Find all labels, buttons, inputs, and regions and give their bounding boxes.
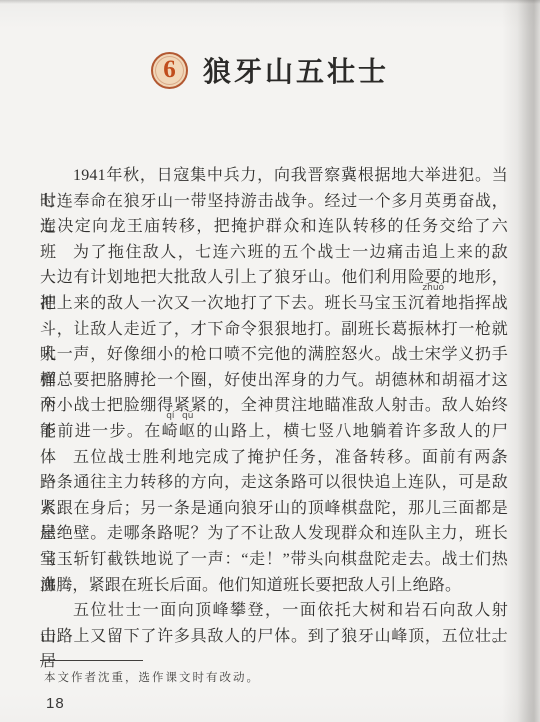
text-line: 五位战士胜利地完成了掩护任务，准备转移。面前有两条路：	[40, 445, 508, 471]
paragraph: 1941年秋，日寇集中兵力，向我晋察冀根据地大举进犯。当时，七连奉命在狼牙山一带…	[40, 163, 508, 240]
text-line: 连决定向龙王庙转移，把掩护群众和连队转移的任务交给了六班。	[40, 214, 508, 240]
text-line: 吼一声，好像细小的枪口喷不完他的满腔怒火。战士宋学义扔手榴	[40, 342, 508, 368]
text-line: 为了拖住敌人，七连六班的五个战士一边痛击追上来的敌人，	[40, 240, 508, 266]
text-line: 冲上来的敌人一次又一次地打了下去。班长马宝玉沉着zhuó地指挥战	[40, 291, 508, 317]
ruby-character: 着zhuó	[425, 295, 442, 312]
text-line: 一条通往主力转移的方向，走这条路可以很快追上连队，可是敌人	[40, 470, 508, 496]
footnote-text: 本文作者沈重，选作课文时有改动。	[44, 669, 260, 685]
pinyin-annotation: qū	[182, 411, 193, 421]
textbook-page: 6 狼牙山五壮士 1941年秋，日寇集中兵力，向我晋察冀根据地大举进犯。当时，七…	[0, 0, 540, 722]
lesson-title: 狼牙山五壮士	[203, 50, 389, 90]
text-line: 沸腾，紧跟在班长后面。他们知道班长要把敌人引上绝路。	[40, 573, 508, 599]
text-line: 能前进一步。在崎qí岖qū的山路上，横七竖八地躺着许多敌人的尸体。	[40, 419, 508, 445]
pinyin-annotation: zhuó	[422, 283, 444, 293]
pinyin-annotation: qí	[166, 411, 174, 421]
page-top-shadow	[0, 0, 540, 4]
text-line: 弹总要把胳膊抡一个圈，好使出浑身的力气。胡德林和胡福才这两	[40, 368, 508, 394]
page-number: 18	[46, 695, 65, 712]
text-line: 宝玉斩钉截铁地说了一声：“走！”带头向棋盘陀走去。战士们热血	[40, 547, 508, 573]
text-line: 崖绝壁。走哪条路呢？为了不让敌人发现群众和连队主力，班长马	[40, 521, 508, 547]
lesson-number-badge: 6	[151, 52, 188, 89]
ruby-character: 岖qū	[179, 423, 196, 440]
text-line: 七连奉命在狼牙山一带坚持游击战争。经过一个多月英勇奋战，七	[40, 189, 508, 215]
text-line: 山路上又留下了许多具敌人的尸体。到了狼牙山峰顶，五位壮士居	[40, 624, 508, 650]
text-line: 紧跟在身后；另一条是通向狼牙山的顶峰棋盘陀，那儿三面都是悬	[40, 496, 508, 522]
footnote-divider	[40, 660, 143, 661]
text-line: 斗，让敌人走近了，才下命令狠狠地打。副班长葛振林打一枪就大	[40, 317, 508, 343]
lesson-header: 6 狼牙山五壮士	[0, 50, 540, 90]
text-line: 五位壮士一面向顶峰攀登，一面依托大树和岩石向敌人射击。	[40, 598, 508, 624]
body-text: 1941年秋，日寇集中兵力，向我晋察冀根据地大举进犯。当时，七连奉命在狼牙山一带…	[40, 163, 508, 649]
paragraph: 为了拖住敌人，七连六班的五个战士一边痛击追上来的敌人，一边有计划地把大批敌人引上…	[40, 240, 508, 445]
text-line: 1941年秋，日寇集中兵力，向我晋察冀根据地大举进犯。当时，	[40, 163, 508, 189]
text-line: 个小战士把脸绷得紧紧的，全神贯注地瞄准敌人射击。敌人始终不	[40, 393, 508, 419]
ruby-character: 崎qí	[162, 423, 179, 440]
paragraph: 五位战士胜利地完成了掩护任务，准备转移。面前有两条路：一条通往主力转移的方向，走…	[40, 445, 508, 599]
paragraph: 五位壮士一面向顶峰攀登，一面依托大树和岩石向敌人射击。山路上又留下了许多具敌人的…	[40, 598, 508, 649]
lesson-number: 6	[163, 56, 176, 84]
